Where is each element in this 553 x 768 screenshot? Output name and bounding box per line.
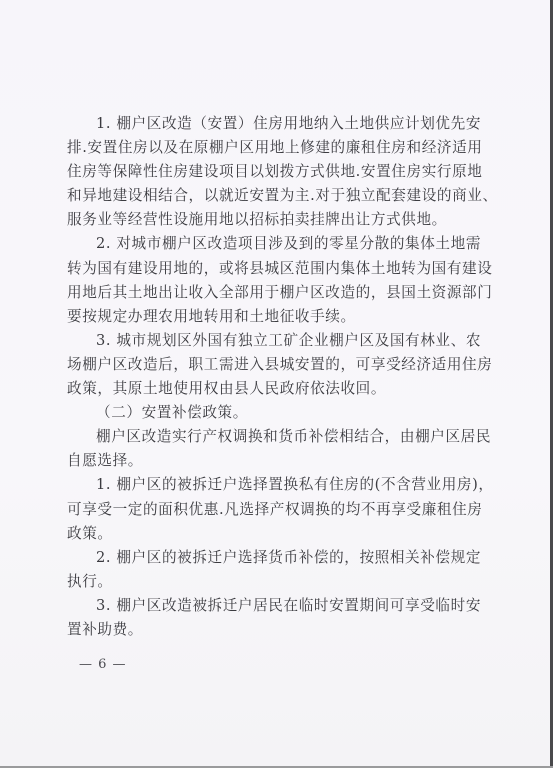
paragraph-line: 执行。: [67, 570, 497, 594]
paragraph-line: 排.安置住房以及在原棚户区用地上修建的廉租住房和经济适用: [67, 136, 497, 160]
paragraph-line: 1. 棚户区改造（安置）住房用地纳入土地供应计划优先安: [67, 112, 497, 136]
paragraph-line: 棚户区改造实行产权调换和货币补偿相结合，由棚户区居民: [67, 425, 497, 449]
document-page: 1. 棚户区改造（安置）住房用地纳入土地供应计划优先安 排.安置住房以及在原棚户…: [0, 0, 550, 766]
paragraph-line: 要按规定办理农用地转用和土地征收手续。: [67, 305, 497, 329]
paragraph-line: 场棚户区改造后，职工需进入县城安置的，可享受经济适用住房: [67, 353, 497, 377]
paragraph-line: 政策，其原土地使用权由县人民政府依法收回。: [67, 377, 497, 401]
paragraph-line: 1. 棚户区的被拆迁户选择置换私有住房的(不含营业用房)，: [67, 473, 497, 497]
section-heading: （二）安置补偿政策。: [67, 401, 497, 425]
paragraph-line: 自愿选择。: [67, 449, 497, 473]
page-number: — 6 —: [79, 657, 127, 672]
document-body: 1. 棚户区改造（安置）住房用地纳入土地供应计划优先安 排.安置住房以及在原棚户…: [67, 112, 497, 642]
paragraph-line: 2. 对城市棚户区改造项目涉及到的零星分散的集体土地需: [67, 232, 497, 256]
paragraph-line: 可享受一定的面积优惠.凡选择产权调换的均不再享受廉租住房: [67, 498, 497, 522]
paragraph-line: 转为国有建设用地的，或将县城区范围内集体土地转为国有建设: [67, 257, 497, 281]
paragraph-line: 服务业等经营性设施用地以招标拍卖挂牌出让方式供地。: [67, 208, 497, 232]
paragraph-line: 3. 城市规划区外国有独立工矿企业棚户区及国有林业、农: [67, 329, 497, 353]
paragraph-line: 置补助费。: [67, 618, 497, 642]
paragraph-line: 3. 棚户区改造被拆迁户居民在临时安置期间可享受临时安: [67, 594, 497, 618]
paragraph-line: 和异地建设相结合，以就近安置为主.对于独立配套建设的商业、: [67, 184, 497, 208]
paragraph-line: 用地后其土地出让收入全部用于棚户区改造的，县国土资源部门: [67, 281, 497, 305]
paragraph-line: 住房等保障性住房建设项目以划拨方式供地.安置住房实行原地: [67, 160, 497, 184]
paragraph-line: 政策。: [67, 522, 497, 546]
paragraph-line: 2. 棚户区的被拆迁户选择货币补偿的，按照相关补偿规定: [67, 546, 497, 570]
